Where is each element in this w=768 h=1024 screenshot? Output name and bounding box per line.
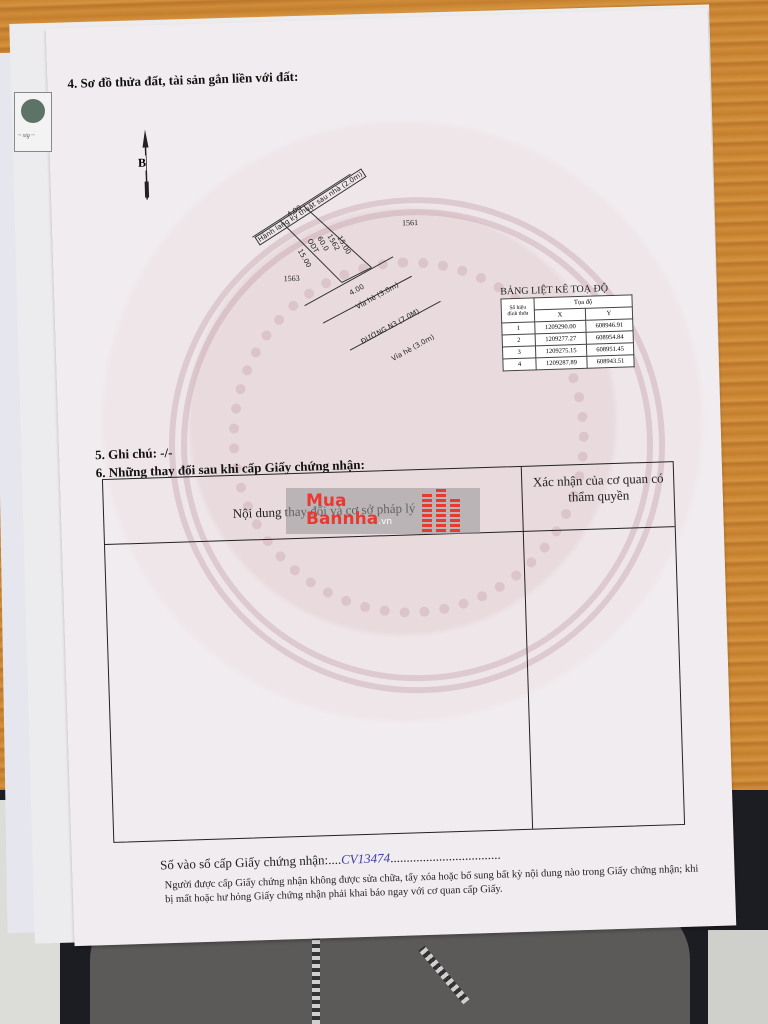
national-emblem-icon: ~ sig ~	[14, 92, 52, 152]
north-arrow-label: B	[138, 156, 146, 171]
building-icon	[450, 498, 460, 532]
watermark-line2: Bannha	[306, 509, 378, 529]
floor-tile	[708, 930, 768, 1024]
certificate-page: 4. Sơ đồ thửa đất, tài sản gắn liền với …	[46, 8, 737, 946]
table-divider	[521, 467, 533, 829]
neighbor-parcel-left: 1563	[284, 274, 300, 283]
north-arrow-icon: B	[139, 129, 151, 199]
coordinate-table: BẢNG LIỆT KÊ TOẠ ĐỘ Số hiệu đỉnh thửa Tọ…	[500, 282, 635, 371]
coord-cell-y: 608943.51	[587, 355, 634, 368]
register-number-value: CV13474	[341, 850, 391, 867]
watermark-suffix: .vn	[378, 517, 392, 527]
watermark-logo: Mua Bannha.vn	[286, 488, 480, 534]
coord-cell-point: 2	[502, 334, 535, 347]
bag-chain	[312, 930, 320, 1024]
coord-cell-point: 3	[502, 346, 535, 359]
plot-diagram: Hành lang kỹ thuật sau nhà (2.0m) 4.00 1…	[240, 151, 466, 358]
coord-cell-point: 4	[503, 358, 536, 371]
coord-cell-x: 1209287.89	[536, 356, 587, 370]
section-4-heading: 4. Sơ đồ thửa đất, tài sản gắn liền với …	[67, 69, 298, 92]
register-number-label: Số vào sổ cấp Giấy chứng nhận:	[160, 852, 328, 872]
section-5-heading: 5. Ghi chú: -/-	[95, 445, 173, 463]
col-point-header: Số hiệu đỉnh thửa	[501, 298, 535, 323]
building-icon	[436, 488, 446, 532]
building-icon	[422, 492, 432, 532]
watermark-line1: Mua	[306, 492, 392, 510]
neighbor-parcel-right: 1561	[402, 218, 418, 227]
coord-cell-point: 1	[502, 322, 535, 335]
approval-column-header: Xác nhận của cơ quan có thẩm quyền	[531, 470, 666, 506]
